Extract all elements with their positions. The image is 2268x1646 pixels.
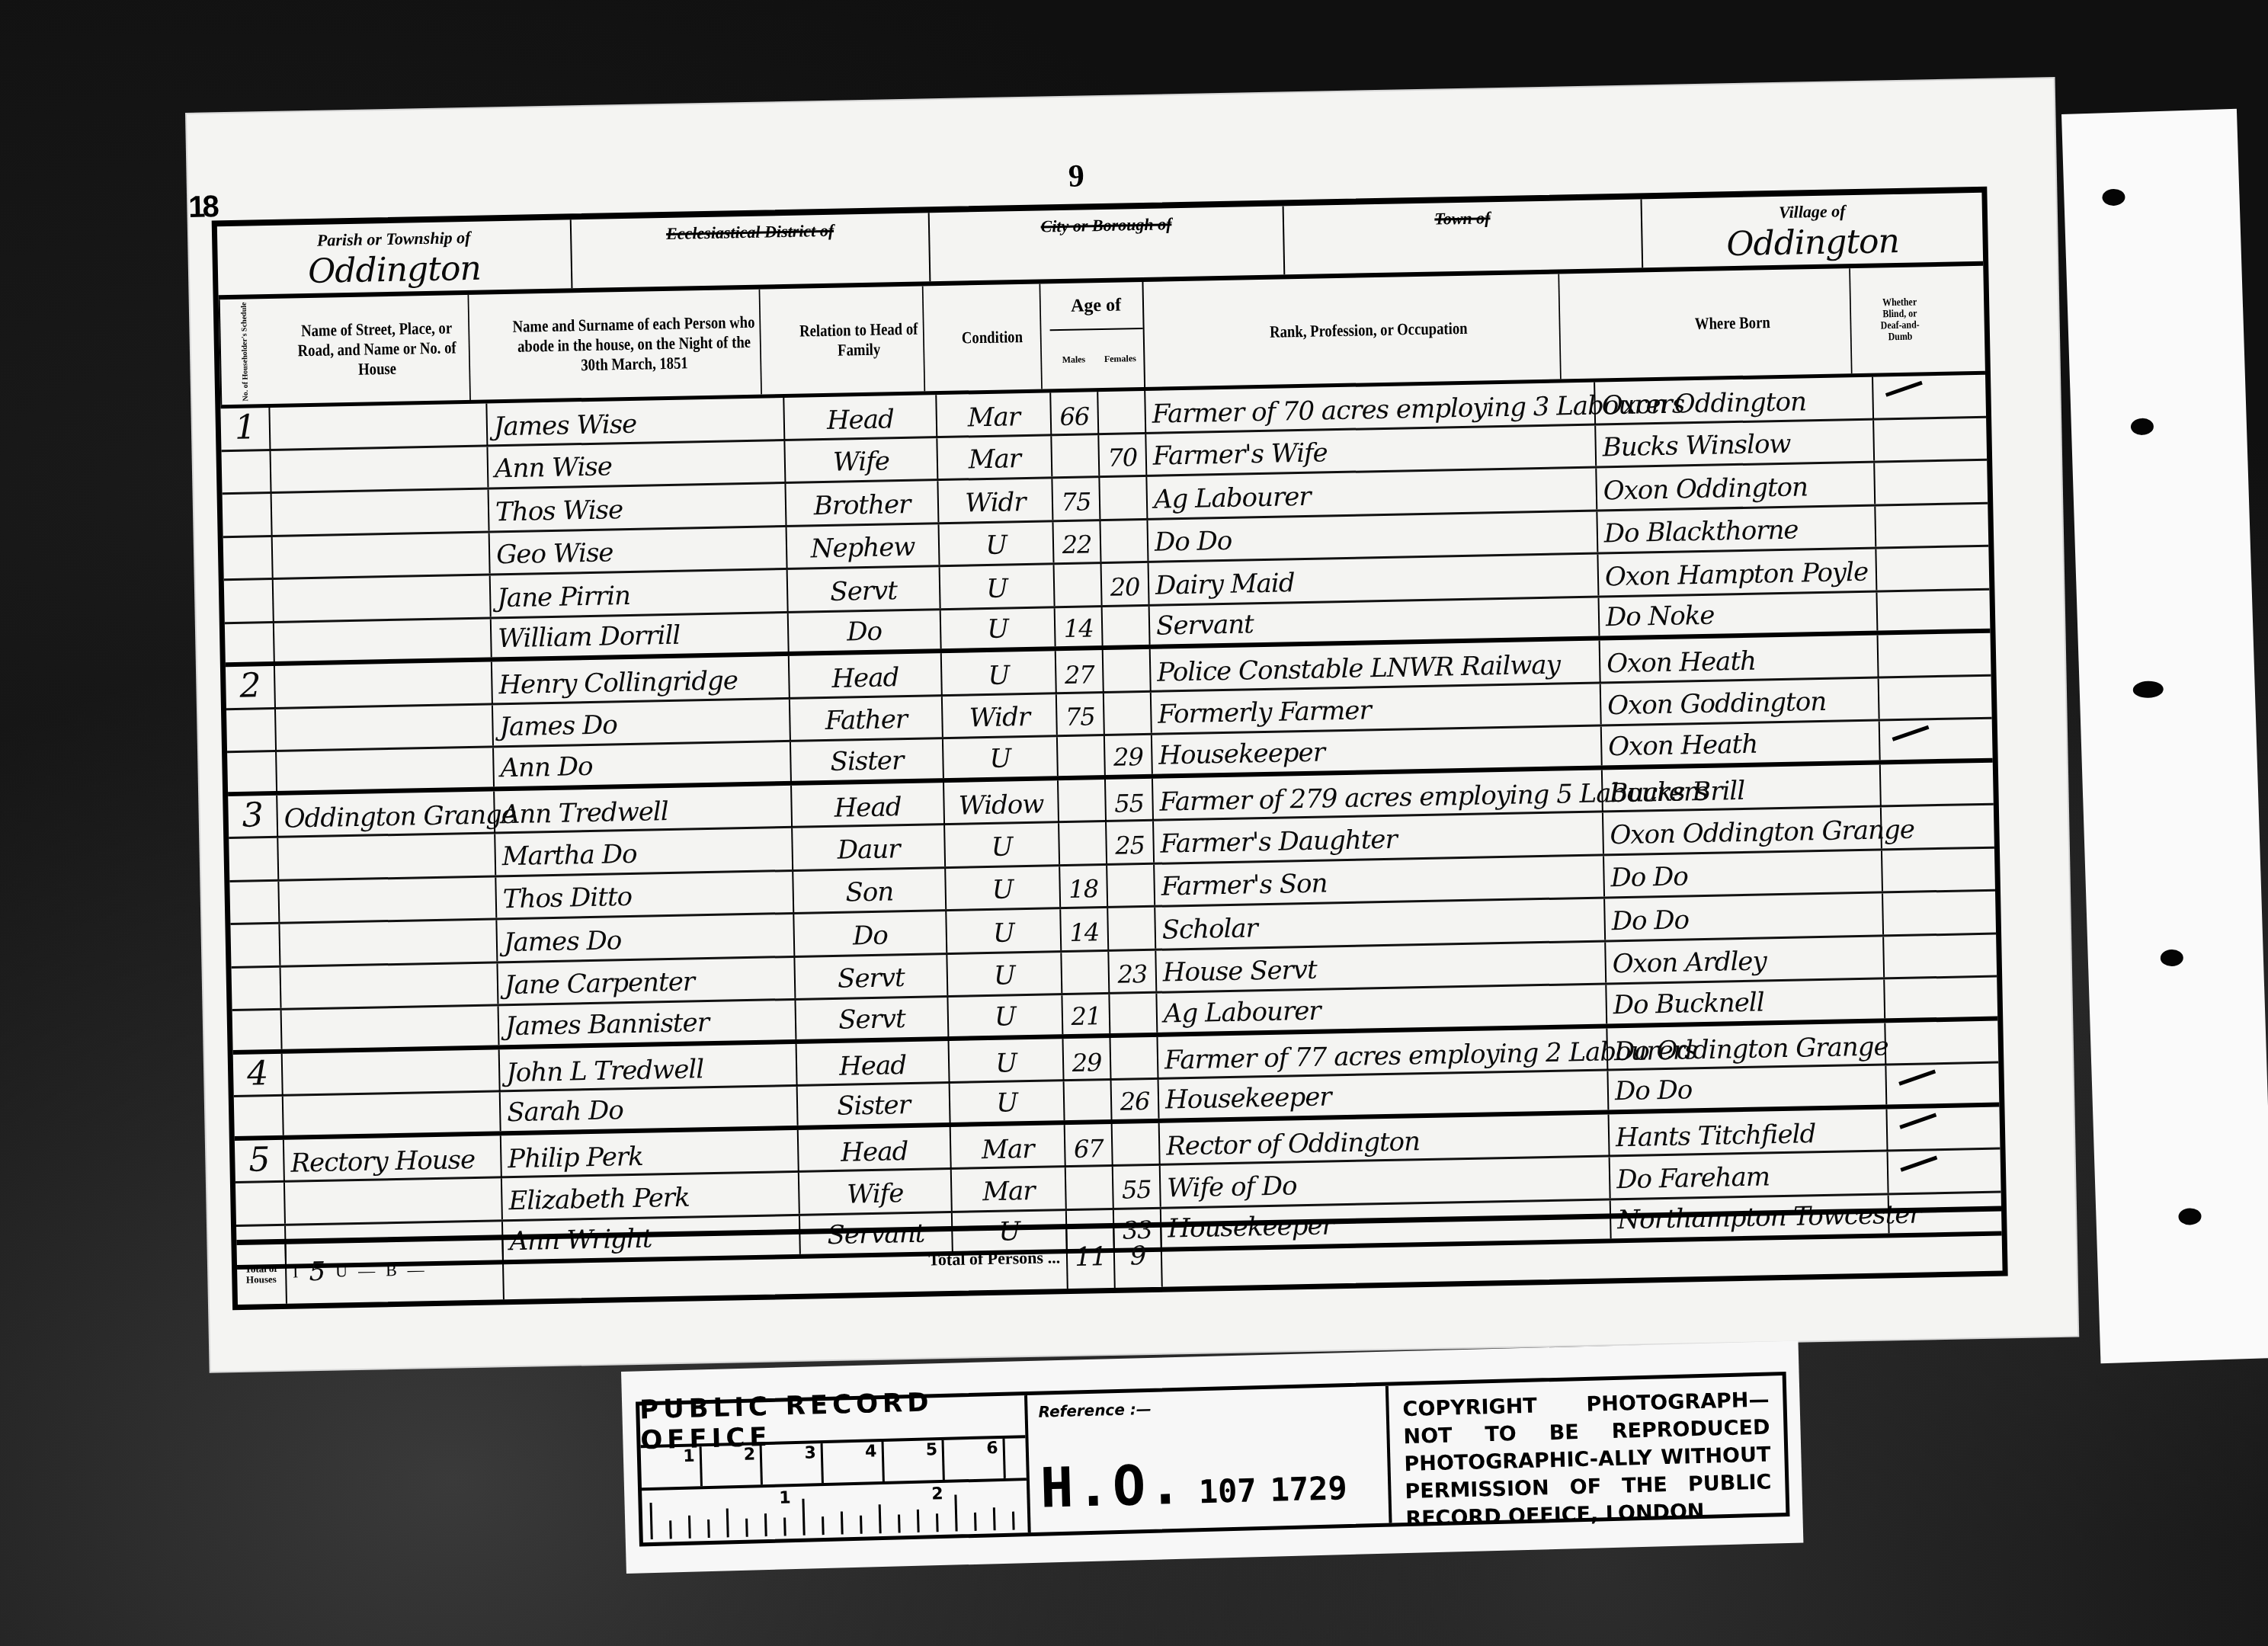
blind-deaf-dumb-cell [1881, 764, 1937, 806]
male-age-cell [1062, 951, 1110, 993]
occupation-cell: Rector of Oddington [1160, 1114, 1610, 1164]
female-age-cell: 29 [1105, 735, 1153, 775]
ruler-tick-icon [993, 1507, 996, 1530]
female-age-cell: 55 [1113, 1166, 1161, 1208]
city-header: City or Borough of [930, 206, 1286, 281]
total-persons-label: Total of Persons ... [503, 1229, 1068, 1299]
street-address: Rectory House [290, 1144, 475, 1178]
person-name: James Bannister [505, 1007, 710, 1042]
blind-deaf-dumb-cell [1886, 1065, 1943, 1104]
person-name: Henry Collingridge [498, 665, 738, 700]
male-age-cell [1055, 564, 1103, 606]
schedule-number-cell [222, 450, 272, 492]
occupation: Servant [1156, 609, 1254, 641]
male-age-cell: 67 [1065, 1123, 1113, 1166]
enumerator-tick-icon [1900, 1156, 1937, 1172]
col-where-born: Where Born [1614, 268, 1853, 378]
person-name-cell: James Do [497, 914, 795, 961]
occupation-cell: House Servt [1156, 942, 1606, 991]
marital-condition-cell: U [947, 953, 1062, 995]
person-name: Jane Carpenter [505, 966, 695, 1001]
census-page: 18 9 Parish or Township of Oddington Ecc… [187, 78, 2077, 1372]
birthplace-cell: Oxon Hampton Poyle [1598, 549, 1877, 595]
col-males: Males [1050, 330, 1097, 389]
ruler-tick-icon [898, 1514, 901, 1532]
occupation: Rector of Oddington [1166, 1126, 1421, 1161]
schedule-number-cell [224, 580, 274, 622]
female-age-cell: 25 [1107, 821, 1155, 863]
relation-to-head-cell: Wife [799, 1170, 953, 1213]
relation-to-head: Do [853, 920, 888, 951]
occupation: House Servt [1162, 955, 1317, 988]
female-age-cell: 55 [1106, 778, 1154, 821]
female-age-cell: 20 [1102, 563, 1150, 605]
relation-to-head: Head [841, 1136, 908, 1168]
schedule-number-cell: 4 [233, 1053, 283, 1096]
occupation: Housekeeper [1165, 1081, 1331, 1115]
ecclesiastical-header: Ecclesiastical District of [572, 213, 931, 288]
total-females-value: 9 [1129, 1241, 1145, 1271]
marital-condition-cell: U [947, 909, 1062, 952]
blind-deaf-dumb-cell [1880, 720, 1936, 760]
enumerator-tick-icon [1898, 1070, 1936, 1086]
relation-to-head-cell: Daur [793, 825, 946, 869]
scale-cm-mark: 2 [701, 1445, 763, 1486]
reference-prefix: H.O. [1039, 1452, 1186, 1520]
marital-condition-cell: Widr [938, 479, 1053, 521]
birthplace-cell: Do Noke [1600, 592, 1879, 636]
relation-to-head: Head [834, 792, 902, 824]
blind-deaf-dumb-cell [1879, 677, 1936, 719]
ruler-tick-icon [650, 1503, 653, 1539]
occupation-cell: Farmer of 77 acres employing 2 Labourers [1158, 1028, 1608, 1078]
relation-to-head: Wife [833, 446, 890, 477]
marital-condition: U [986, 573, 1007, 604]
birthplace-cell: Oxon Heath [1602, 721, 1881, 764]
female-age: 29 [1113, 742, 1143, 772]
birthplace: Oxon Heath [1606, 646, 1757, 680]
blind-deaf-dumb-cell [1879, 634, 1935, 677]
male-age-cell: 75 [1052, 478, 1100, 520]
ruler-tick-icon [764, 1513, 767, 1536]
ruler-tick-icon [917, 1510, 920, 1532]
street-address-cell [283, 1049, 501, 1095]
birthplace-cell: Do Do [1608, 1065, 1887, 1109]
scale-cm-mark: 5 [883, 1440, 945, 1481]
relation-to-head: Head [839, 1050, 907, 1082]
blind-deaf-dumb-cell [1874, 419, 1930, 461]
marital-condition: Mar [982, 1133, 1034, 1164]
relation-to-head-cell: Head [797, 1041, 950, 1086]
marital-condition: U [994, 960, 1015, 991]
street-address-cell [281, 963, 499, 1008]
female-age-cell [1108, 908, 1156, 949]
female-age-cell [1110, 1036, 1158, 1079]
marital-condition-cell: U [940, 565, 1056, 607]
marital-condition: U [993, 917, 1014, 949]
person-name: James Do [504, 925, 622, 958]
male-age: 29 [1072, 1048, 1101, 1078]
person-name-cell: Ann Tredwell [495, 785, 793, 832]
birthplace-cell: Oxon Oddington [1595, 377, 1874, 424]
birthplace: Do Do [1615, 1074, 1693, 1106]
schedule-number: 2 [239, 666, 261, 706]
marital-condition: U [996, 1087, 1017, 1119]
schedule-number: 3 [242, 796, 263, 835]
enumerator-tick-icon [1899, 1113, 1936, 1129]
person-name: Ann Do [500, 751, 593, 783]
marital-condition-cell: U [950, 1039, 1065, 1083]
ruler-tick-icon [707, 1520, 710, 1538]
street-address-cell [275, 661, 493, 707]
person-name: James Wise [494, 409, 637, 443]
blind-deaf-dumb-cell [1884, 936, 1940, 978]
scale-cm-mark: 1 [641, 1446, 703, 1487]
blind-deaf-dumb-cell [1882, 806, 1938, 848]
birthplace: Oxon Oddington [1603, 472, 1808, 506]
blind-deaf-dumb-cell [1888, 1151, 1945, 1193]
male-age-cell [1058, 736, 1106, 776]
ruler-tick-icon [669, 1520, 672, 1539]
blind-deaf-dumb-cell [1887, 1108, 1943, 1151]
street-address-cell [278, 834, 496, 879]
street-address-cell [271, 447, 489, 492]
male-age: 75 [1061, 487, 1091, 517]
occupation-cell: Do Do [1148, 511, 1598, 561]
page-number: 9 [1068, 158, 1084, 194]
birthplace: Hants Titchfield [1616, 1119, 1816, 1153]
person-name-cell: Henry Collingridge [492, 656, 790, 703]
person-name: Ann Wise [495, 451, 613, 484]
male-age: 67 [1074, 1134, 1104, 1164]
marital-condition: U [992, 874, 1014, 905]
relation-to-head: Nephew [810, 532, 915, 565]
marital-condition: U [991, 831, 1012, 863]
relation-to-head: Servt [838, 1004, 905, 1036]
marital-condition: Widr [969, 702, 1030, 734]
male-age-cell: 14 [1056, 607, 1104, 647]
inhabited-count: 5 [309, 1257, 325, 1287]
female-age-cell [1103, 606, 1151, 645]
relation-to-head-cell: Head [784, 395, 937, 440]
male-age: 14 [1063, 613, 1093, 643]
relation-to-head: Wife [847, 1178, 904, 1209]
schedule-number-cell [232, 967, 282, 1009]
marital-condition: Mar [967, 402, 1020, 433]
uninhabited-count: — [358, 1261, 375, 1281]
schedule-number-cell [223, 536, 274, 578]
occupation-cell: Housekeeper [1152, 727, 1603, 774]
occupation-cell: Servant [1150, 597, 1600, 645]
occupation: Farmer's Son [1161, 868, 1327, 901]
relation-to-head-cell: Son [793, 869, 947, 912]
pro-reference-box: Reference :— H.O. 107 1729 [1027, 1386, 1392, 1532]
female-age-cell [1110, 994, 1158, 1033]
relation-to-head-cell: Head [799, 1126, 952, 1171]
relation-to-head-cell: Sister [791, 739, 944, 780]
pro-ruler: PUBLIC RECORD OFFICE 123456 12 [639, 1395, 1031, 1542]
occupation-cell: Scholar [1155, 898, 1606, 948]
male-age-cell [1066, 1167, 1114, 1209]
schedule-number-cell [225, 623, 275, 662]
person-name-cell: Elizabeth Perk [502, 1173, 800, 1219]
birthplace-cell: Do Oddington Grange [1607, 1023, 1886, 1070]
female-age-cell: 70 [1099, 434, 1147, 476]
schedule-number-cell [230, 924, 280, 966]
marital-condition: Widr [965, 486, 1026, 518]
marital-condition-cell: Mar [951, 1125, 1066, 1169]
relation-to-head-cell: Servt [796, 998, 949, 1039]
total-females: 9 [1114, 1228, 1162, 1288]
total-males-value: 11 [1075, 1241, 1107, 1273]
ruler-tick-icon [860, 1516, 863, 1534]
relation-to-head-cell: Servt [788, 567, 941, 610]
relation-to-head-cell: Brother [786, 481, 939, 524]
occupation-cell: Farmer's Son [1155, 856, 1605, 905]
marital-condition-cell: Mar [937, 436, 1052, 479]
ruler-tick-icon [879, 1504, 882, 1533]
person-name-cell: James Wise [487, 398, 785, 445]
schedule-number-cell [226, 709, 277, 751]
town-header: Town of [1284, 199, 1644, 274]
ruler-tick-icon [783, 1517, 786, 1536]
occupation-cell: Housekeeper [1159, 1071, 1610, 1118]
occupation: Scholar [1161, 913, 1257, 945]
scale-cm-mark: 6 [944, 1439, 1006, 1480]
birthplace-cell: Oxon Heath [1600, 636, 1879, 683]
marital-condition-cell: U [940, 522, 1055, 565]
marital-condition: U [989, 743, 1011, 774]
occupation: Farmer's Daughter [1160, 824, 1397, 859]
person-name-cell: Thos Wise [489, 484, 787, 530]
male-age-cell: 75 [1057, 693, 1105, 735]
birthplace: Bucks Brill [1609, 775, 1744, 808]
marital-condition-cell: U [943, 737, 1059, 777]
male-age: 27 [1065, 660, 1094, 690]
street-address-cell [283, 1092, 501, 1135]
street-address-cell [272, 489, 490, 534]
total-houses-label: Total of Houses [237, 1244, 287, 1305]
relation-to-head: Servt [838, 962, 905, 994]
marital-condition-cell: Mar [937, 392, 1052, 437]
punch-hole-icon [2178, 1208, 2202, 1225]
relation-to-head-cell: Head [792, 783, 945, 828]
ruler-tick-icon [688, 1516, 691, 1539]
schedule-number-cell [223, 494, 273, 536]
person-name-cell: James Do [493, 699, 791, 745]
relation-to-head: Father [825, 704, 907, 736]
male-age-cell [1059, 780, 1107, 822]
blind-deaf-dumb-cell [1875, 462, 1931, 504]
occupation-cell: Farmer of 279 acres employing 5 Labourer… [1153, 770, 1603, 820]
birthplace: Oxon Hampton Poyle [1605, 556, 1869, 592]
schedule-number: 5 [248, 1140, 270, 1180]
punch-hole-icon [2132, 680, 2164, 698]
ruler-tick-icon [1012, 1512, 1015, 1530]
birthplace: Oxon Goddington [1607, 687, 1827, 722]
relation-to-head: Brother [813, 488, 910, 520]
enumerator-tick-icon [1885, 381, 1923, 397]
street-address-cell [282, 1006, 500, 1049]
marital-condition: U [987, 613, 1008, 645]
birthplace: Do Fareham [1616, 1161, 1770, 1195]
reference-label: Reference :— [1038, 1400, 1152, 1421]
female-age-cell: 23 [1109, 950, 1157, 992]
relation-to-head-cell: Nephew [787, 524, 940, 568]
birthplace: Do Bucknell [1613, 987, 1764, 1020]
occupation-cell: Farmer of 70 acres employing 3 Labourers [1145, 383, 1596, 433]
relation-to-head: Sister [830, 745, 903, 777]
birthplace-cell: Do Fareham [1610, 1151, 1889, 1197]
col-name: Name and Surname of each Person who abod… [508, 290, 762, 399]
relation-to-head-cell: Do [789, 610, 942, 652]
person-name: John L Tredwell [506, 1054, 704, 1088]
male-age-cell: 29 [1063, 1037, 1111, 1080]
street-address-cell [285, 1178, 503, 1223]
male-age: 14 [1069, 917, 1099, 947]
occupation: Ag Labourer [1154, 481, 1311, 514]
female-age-cell [1100, 477, 1148, 519]
parish-header: Parish or Township of Oddington [217, 219, 573, 295]
male-age: 21 [1071, 1001, 1100, 1031]
street-address-cell [277, 748, 495, 790]
person-name: Geo Wise [496, 537, 613, 570]
birthplace: Oxon Ardley [1612, 946, 1767, 979]
ruler-tick-icon [802, 1499, 805, 1536]
female-age: 70 [1107, 443, 1137, 472]
occupation-cell: Wife of Do [1161, 1157, 1611, 1206]
scale-inches: 12 [642, 1481, 1028, 1544]
birthplace-cell: Bucks Winslow [1596, 420, 1875, 466]
person-name: James Do [499, 709, 617, 742]
marital-condition: U [985, 530, 1007, 561]
male-age-cell [1059, 822, 1107, 864]
town-label: Town of [1284, 199, 1642, 232]
occupation: Ag Labourer [1164, 995, 1321, 1029]
occupation-cell: Formerly Farmer [1152, 684, 1602, 733]
punch-hole-icon [2131, 418, 2154, 435]
pro-label-frame: PUBLIC RECORD OFFICE 123456 12 Reference… [636, 1372, 1789, 1546]
copyright-notice: COPYRIGHT PHOTOGRAPH—NOT TO BE REPRODUCE… [1389, 1375, 1786, 1523]
scale-cm-end [1004, 1438, 1027, 1478]
relation-to-head: Do [847, 616, 882, 648]
person-name: Ann Tredwell [501, 796, 668, 830]
schedule-number-cell [227, 752, 277, 792]
ruler-tick-icon [841, 1511, 844, 1534]
schedule-number-cell [229, 838, 279, 880]
reference-value: H.O. 107 1729 [1039, 1448, 1347, 1520]
street-address-cell [280, 920, 498, 965]
totals-blank [1161, 1212, 1946, 1287]
birthplace-cell: Oxon Oddington Grange [1603, 807, 1882, 853]
occupation-cell: Farmer's Wife [1146, 425, 1597, 475]
street-address-cell [273, 533, 491, 578]
building-prefix: B [386, 1260, 397, 1280]
marital-condition: Widow [958, 789, 1043, 821]
punch-hole-icon [2161, 949, 2184, 967]
birthplace: Oxon Oddington Grange [1610, 814, 1914, 850]
male-age-cell [1052, 435, 1100, 477]
male-age-cell: 18 [1060, 865, 1108, 907]
female-age-cell [1104, 649, 1152, 692]
public-record-office-label: PUBLIC RECORD OFFICE 123456 12 Reference… [621, 1341, 1803, 1574]
village-value: Oddington [1642, 220, 1983, 266]
person-name-cell: Jane Pirrin [491, 570, 789, 616]
col-age-of: Age of [1049, 282, 1142, 331]
female-age: 25 [1115, 831, 1145, 860]
uninhabited-prefix: U [335, 1261, 348, 1281]
marital-condition-cell: U [948, 995, 1063, 1036]
female-age: 55 [1114, 789, 1144, 818]
birthplace-cell: Hants Titchfield [1610, 1109, 1888, 1156]
scale-cm-mark: 4 [822, 1442, 884, 1483]
blind-deaf-dumb-cell [1883, 892, 1940, 934]
person-name-cell: Jane Carpenter [498, 957, 796, 1004]
relation-to-head-cell: Father [790, 697, 943, 740]
female-age-cell [1107, 864, 1155, 906]
birthplace-cell: Do Do [1605, 893, 1884, 939]
ruler-tick-icon [936, 1513, 939, 1532]
schedule-number-cell [232, 1010, 283, 1050]
female-age-cell [1098, 391, 1146, 434]
female-age-cell [1104, 692, 1152, 734]
person-name-cell: Geo Wise [490, 527, 788, 573]
marital-condition: Mar [968, 444, 1020, 475]
occupation-cell: Ag Labourer [1157, 985, 1607, 1032]
person-name-cell: Ann Do [494, 742, 792, 786]
blind-deaf-dumb-cell [1873, 376, 1930, 418]
street-address-cell [276, 705, 494, 750]
census-entries: 1James WiseHeadMar66Farmer of 70 acres e… [220, 375, 2001, 1270]
ecclesiastical-label: Ecclesiastical District of [572, 213, 929, 245]
person-name: Philip Perk [508, 1141, 643, 1174]
person-name-cell: John L Tredwell [500, 1043, 798, 1090]
male-age-cell: 66 [1051, 392, 1099, 434]
schedule-number-cell: 5 [235, 1139, 285, 1182]
male-age: 75 [1065, 702, 1095, 732]
occupation-cell: Police Constable LNWR Railway [1151, 641, 1601, 691]
occupation: Farmer's Wife [1152, 437, 1328, 471]
col-age-group: Age of Males Females [1049, 282, 1145, 389]
scale-inch-mark: 1 [779, 1488, 791, 1507]
occupation: Do Do [1155, 526, 1232, 558]
person-name: Thos Ditto [502, 882, 632, 914]
relation-to-head: Head [827, 404, 895, 436]
male-age-cell: 22 [1053, 521, 1101, 563]
schedule-number-cell [234, 1097, 284, 1136]
schedule-number-cell: 2 [226, 666, 276, 709]
relation-to-head-cell: Wife [785, 438, 938, 482]
marital-condition: U [995, 1001, 1016, 1033]
blind-deaf-dumb-cell [1885, 1022, 1942, 1065]
person-name: Sarah Do [507, 1095, 623, 1128]
occupation: Formerly Farmer [1158, 695, 1371, 729]
relation-to-head-cell: Sister [798, 1084, 951, 1125]
reference-folio: 1729 [1270, 1469, 1347, 1509]
male-age: 18 [1068, 874, 1098, 904]
male-age-cell [1065, 1081, 1113, 1120]
parish-value: Oddington [218, 247, 572, 293]
person-name: Elizabeth Perk [508, 1182, 690, 1216]
blind-deaf-dumb-cell [1877, 591, 1933, 631]
blind-deaf-dumb-cell [1885, 978, 1941, 1018]
person-name-cell: Sarah Do [501, 1087, 799, 1131]
schedule-number-cell [229, 881, 280, 923]
reference-piece: 107 [1198, 1471, 1257, 1510]
birthplace: Do Noke [1606, 600, 1715, 633]
ruler-tick-icon [822, 1516, 825, 1535]
marital-condition: U [988, 660, 1009, 691]
